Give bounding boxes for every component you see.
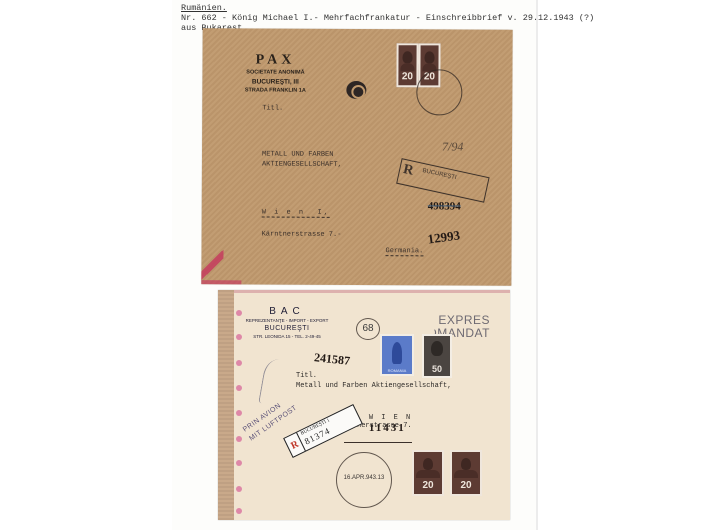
sender-street: STRADA FRANKLIN 1A [230, 86, 320, 95]
recipient-street: Kärntnerstrasse 7.- [262, 231, 342, 239]
registration-mark: R [402, 162, 415, 180]
postmark-date: 16.APR.943.13 [337, 475, 391, 481]
stamp-value: 50 [424, 364, 450, 374]
portrait-icon [424, 51, 434, 63]
express-mark: EXPRES [401, 314, 490, 327]
recipient-salutation: Titl. [296, 372, 317, 380]
stamp-value: 20 [398, 71, 416, 82]
recipient-company: AKTIENGESELLSCHAFT, [262, 161, 342, 169]
sender-letterhead: BAC REPREZENTANŢE - IMPORT - EXPORT BUCU… [232, 306, 342, 341]
reference-number: 241587 [313, 350, 350, 369]
sender-name: BAC [232, 306, 342, 317]
sender-street: STR. LEONIDA 15 - TEL. 2-49-45 [232, 333, 342, 341]
postage-stamp: 20 [412, 450, 444, 496]
red-edge-mark [201, 280, 241, 284]
sender-line: SOCIETATE ANONIMĂ [230, 68, 320, 77]
caption-description: Nr. 662 - König Michael I.- Mehrfachfran… [181, 13, 594, 23]
sender-line: REPREZENTANŢE - IMPORT - EXPORT [232, 317, 342, 325]
stamp-country: ROMANIA [382, 368, 412, 373]
recipient-company: Metall und Farben Aktiengesellschaft, [296, 382, 451, 390]
album-page-edge [536, 0, 538, 530]
postmark [416, 69, 462, 115]
stamp-value: 20 [452, 480, 480, 491]
envelope-pax: PAX SOCIETATE ANONIMĂ BUCUREŞTI, III STR… [201, 28, 512, 286]
postage-stamp-grey: 50 [422, 334, 452, 378]
caption-country: Rumänien. [181, 3, 594, 13]
portrait-icon [423, 458, 433, 470]
portrait-icon [402, 51, 412, 63]
crossed-registration-number: 498394 [428, 200, 461, 212]
red-corner-mark [201, 248, 223, 284]
envelope-bac: BAC REPREZENTANŢE - IMPORT - EXPORT BUCU… [218, 290, 510, 520]
pencil-note: 7/94 [442, 139, 463, 154]
recipient-company: METALL UND FARBEN [262, 151, 333, 159]
portrait-icon [431, 341, 443, 356]
portrait-icon [461, 458, 471, 470]
recipient-country: Germania. [385, 247, 423, 256]
recipient-city: W i e n I, [262, 209, 330, 218]
seal-stamp-icon [346, 81, 366, 99]
registration-number: 12993 [427, 227, 461, 247]
sender-city: BUCUREŞTI, III [230, 77, 320, 86]
sender-city: BUCUREŞTI [232, 325, 342, 333]
postmark: 16.APR.943.13 [336, 452, 392, 508]
postage-stamp: 20 [396, 43, 418, 87]
recipient-salutation: Titl. [262, 105, 283, 113]
figure-icon [392, 342, 402, 364]
registration-handstamp: R BUCUREŞTI [396, 158, 489, 203]
postage-stamp: 20 [450, 450, 482, 496]
censor-number-circle: 68 [356, 318, 380, 340]
stamp-value: 20 [414, 480, 442, 491]
registration-office: BUCUREŞTI [422, 168, 457, 181]
sender-name: PAX [230, 52, 320, 68]
sender-letterhead: PAX SOCIETATE ANONIMĂ BUCUREŞTI, III STR… [230, 52, 320, 95]
postage-stamp-blue: ROMANIA [380, 334, 414, 376]
